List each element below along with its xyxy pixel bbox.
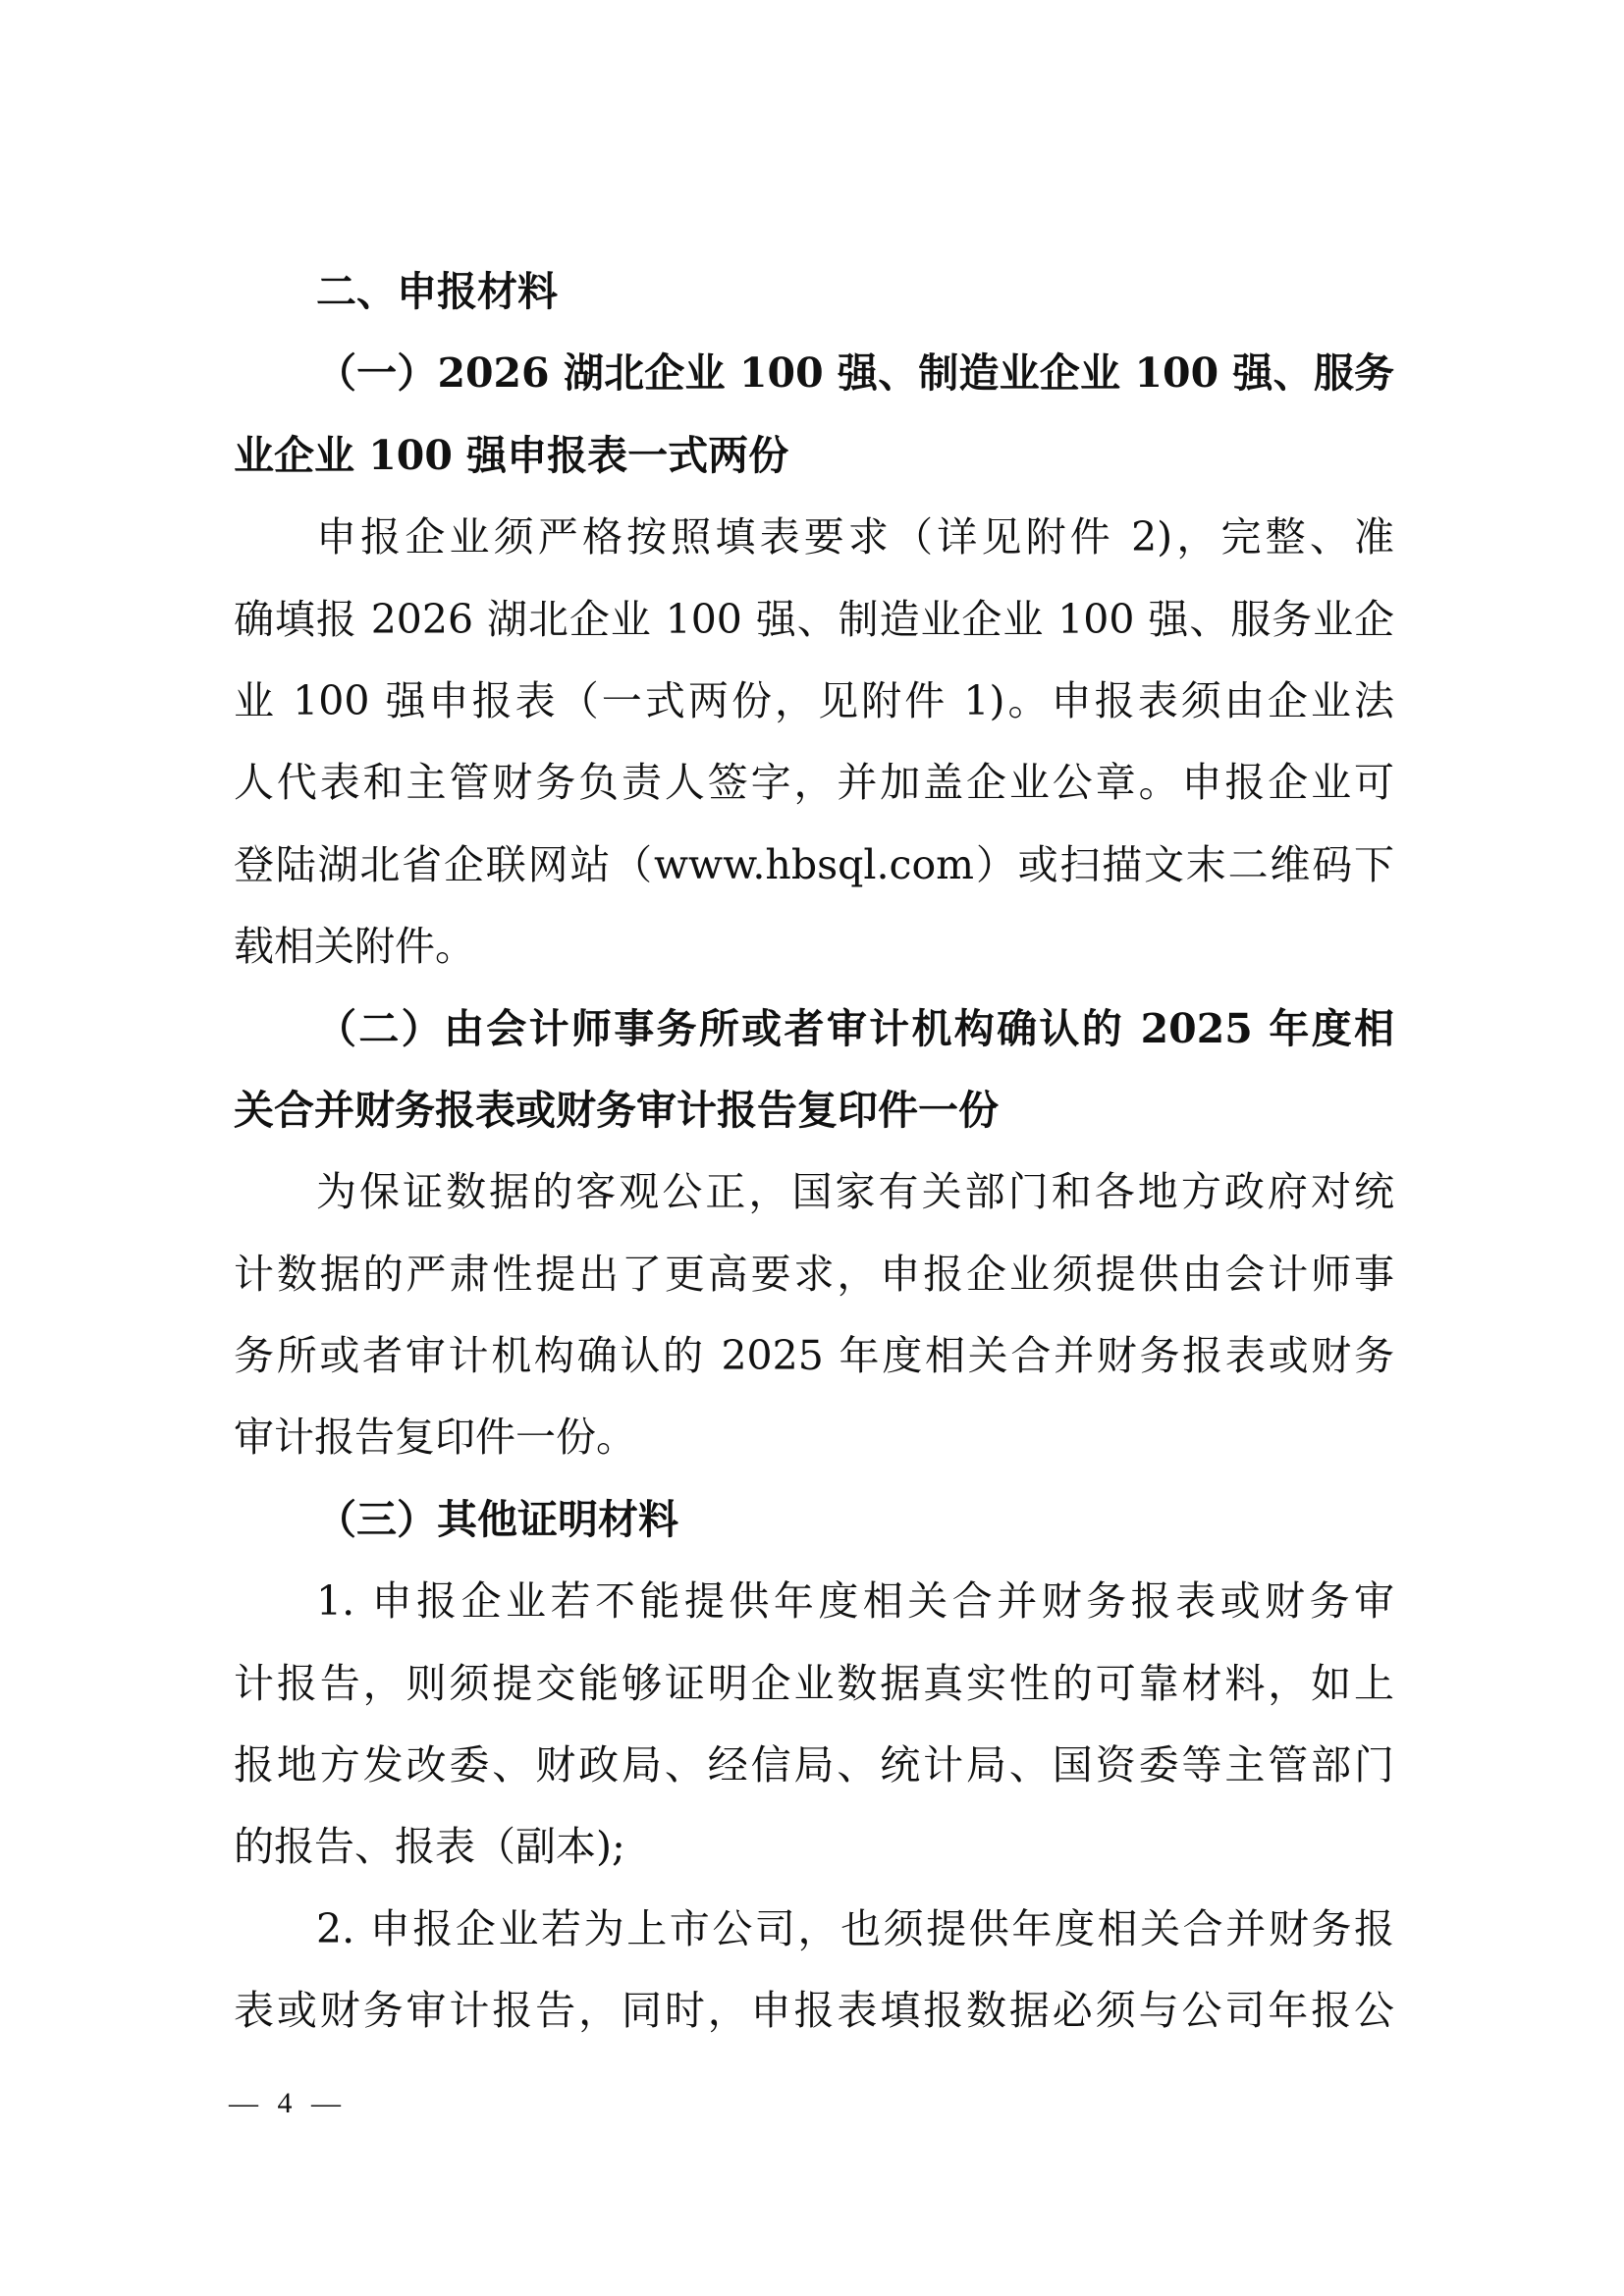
- section-heading: 二、申报材料: [234, 251, 1394, 333]
- subheading-2-line-2: 关合并财务报表或财务审计报告复印件一份: [234, 1070, 1394, 1151]
- subheading-1-line-2: 业企业 100 强申报表一式两份: [234, 415, 1394, 497]
- paragraph-line: 计报告，则须提交能够证明企业数据真实性的可靠材料，如上: [234, 1643, 1394, 1725]
- subheading-1-line-1: （一）2026 湖北企业 100 强、制造业企业 100 强、服务: [234, 333, 1394, 414]
- paragraph-line: 表或财务审计报告，同时，申报表填报数据必须与公司年报公: [234, 1970, 1394, 2052]
- paragraph-line: 1. 申报企业若不能提供年度相关合并财务报表或财务审: [234, 1561, 1394, 1642]
- paragraph-line: 务所或者审计机构确认的 2025 年度相关合并财务报表或财务: [234, 1315, 1394, 1397]
- paragraph-line: 审计报告复印件一份。: [234, 1397, 1394, 1478]
- subheading-2-line-1: （二）由会计师事务所或者审计机构确认的 2025 年度相: [234, 988, 1394, 1070]
- section-2: （二）由会计师事务所或者审计机构确认的 2025 年度相 关合并财务报表或财务审…: [234, 988, 1394, 1479]
- list-item-1: 1. 申报企业若不能提供年度相关合并财务报表或财务审 计报告，则须提交能够证明企…: [234, 1561, 1394, 1889]
- paragraph: 申报企业须严格按照填表要求（详见附件 2)，完整、准 确填报 2026 湖北企业…: [234, 497, 1394, 988]
- section-1: （一）2026 湖北企业 100 强、制造业企业 100 强、服务 业企业 10…: [234, 333, 1394, 988]
- paragraph: 为保证数据的客观公正，国家有关部门和各地方政府对统 计数据的严肃性提出了更高要求…: [234, 1151, 1394, 1479]
- paragraph-line: 报地方发改委、财政局、经信局、统计局、国资委等主管部门: [234, 1725, 1394, 1806]
- page-number: — 4 —: [229, 2087, 347, 2120]
- paragraph-line: 确填报 2026 湖北企业 100 强、制造业企业 100 强、服务业企: [234, 579, 1394, 661]
- list-item-2: 2. 申报企业若为上市公司，也须提供年度相关合并财务报 表或财务审计报告，同时，…: [234, 1889, 1394, 2053]
- website-link-line: 登陆湖北省企联网站（www.hbsql.com）或扫描文末二维码下: [234, 825, 1394, 906]
- paragraph-line: 为保证数据的客观公正，国家有关部门和各地方政府对统: [234, 1151, 1394, 1233]
- paragraph-line: 计数据的严肃性提出了更高要求，申报企业须提供由会计师事: [234, 1234, 1394, 1315]
- paragraph-line: 人代表和主管财务负责人签字，并加盖企业公章。申报企业可: [234, 742, 1394, 824]
- paragraph-line: 申报企业须严格按照填表要求（详见附件 2)，完整、准: [234, 497, 1394, 578]
- section-3: （三）其他证明材料 1. 申报企业若不能提供年度相关合并财务报表或财务审 计报告…: [234, 1479, 1394, 2053]
- subheading-3: （三）其他证明材料: [234, 1479, 1394, 1561]
- paragraph-line: 载相关附件。: [234, 906, 1394, 988]
- paragraph-line: 的报告、报表（副本);: [234, 1806, 1394, 1888]
- document-page: 二、申报材料 （一）2026 湖北企业 100 强、制造业企业 100 强、服务…: [234, 251, 1394, 2053]
- paragraph-line: 业 100 强申报表（一式两份，见附件 1)。申报表须由企业法: [234, 661, 1394, 742]
- paragraph-line: 2. 申报企业若为上市公司，也须提供年度相关合并财务报: [234, 1889, 1394, 1970]
